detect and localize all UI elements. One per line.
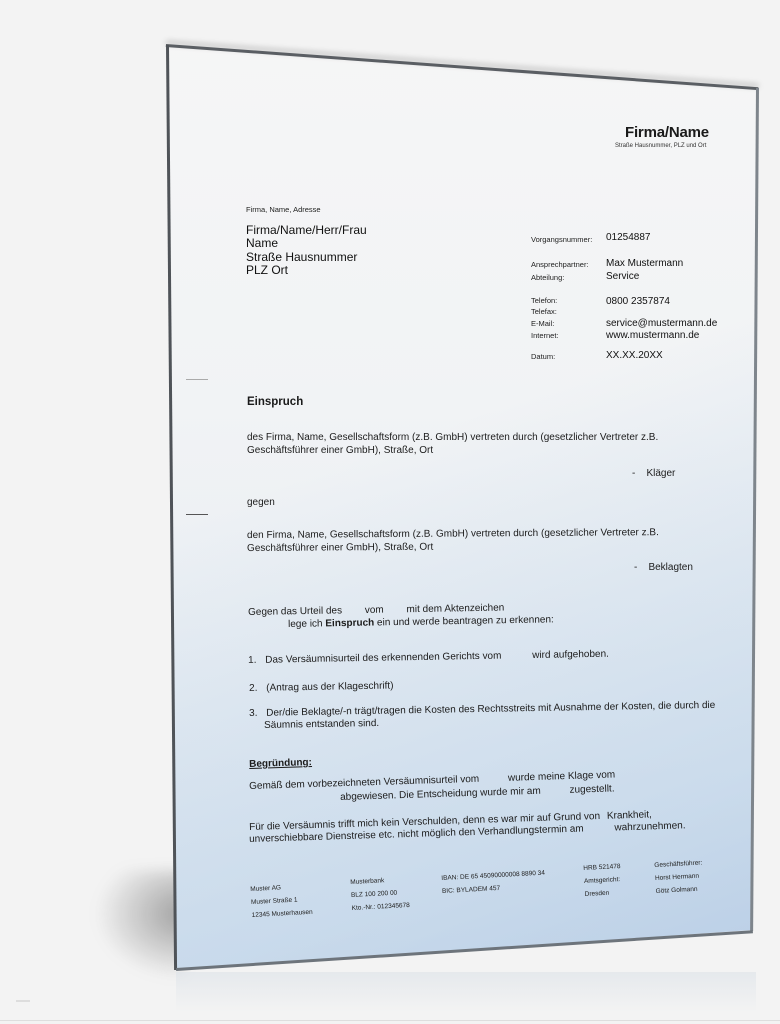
plaintiff-text: Geschäftsführer einer GmbH), Straße, Ort [247, 445, 433, 456]
info-label: Abteilung: [531, 273, 564, 282]
info-label: Internet: [531, 331, 559, 340]
info-label: E-Mail: [531, 319, 554, 328]
footer-register: HRB 521478 Amtsgericht: Dresden [583, 860, 622, 901]
defendant-text: den Firma, Name, Gesellschaftsform (z.B.… [247, 527, 659, 541]
item-continuation: Säumnis entstanden sind. [264, 718, 379, 731]
footer-text: Dresden [584, 886, 622, 901]
list-item: 3. Der/die Beklagte/-n trägt/tragen die … [249, 700, 715, 719]
reasoning-text: Krankheit, [607, 809, 652, 821]
judgment-emphasis: Einspruch [325, 617, 374, 629]
fold-mark [186, 379, 208, 380]
punch-mark [186, 514, 208, 515]
reasoning-heading: Begründung: [249, 757, 312, 770]
item-text: Das Versäumnisurteil des erkennenden Ger… [265, 651, 501, 666]
company-address: Straße Hausnummer, PLZ und Ort [615, 143, 706, 149]
plaintiff-role: - Kläger [632, 468, 675, 479]
footer-bank: Musterbank BLZ 100 200 00 Kto.-Nr.: 0123… [350, 873, 410, 915]
item-number: 1. [248, 655, 257, 666]
judgment-text: Gegen das Urteil des [248, 605, 342, 618]
list-item: 2. (Antrag aus der Klageschrift) [249, 680, 394, 694]
footer-text: Kto.-Nr.: 012345678 [351, 899, 410, 915]
footer-iban: IBAN: DE 65 45090000008 8890 34 BIC: BYL… [441, 867, 546, 898]
info-value: 0800 2357874 [606, 296, 670, 307]
info-label: Vorgangsnummer: [531, 235, 592, 244]
info-value: www.mustermann.de [606, 330, 699, 341]
info-label: Datum: [531, 352, 555, 361]
recipient-line-2: Name [246, 236, 278, 250]
judgment-text: lege ich [288, 618, 325, 630]
footer-text: Götz Golmann [655, 882, 704, 897]
plaintiff-text: des Firma, Name, Gesellschaftsform (z.B.… [247, 432, 658, 443]
defendant-role: - Beklagten [634, 562, 693, 573]
recipient-line-1: Firma/Name/Herr/Frau [246, 223, 367, 237]
info-value: Service [606, 271, 639, 282]
reasoning-text: wahrzunehmen. [614, 820, 685, 833]
item-text: wird aufgehoben. [532, 649, 609, 661]
item-number: 2. [249, 683, 258, 694]
against-label: gegen [247, 497, 275, 508]
info-value: Max Mustermann [606, 258, 683, 269]
footer-management: Geschäftsführer: Horst Hermann Götz Golm… [654, 856, 704, 897]
item-text: Der/die Beklagte/-n trägt/tragen die Kos… [266, 700, 715, 719]
company-name: Firma/Name [625, 124, 709, 141]
frame-line [0, 1020, 780, 1021]
info-label: Telefon: [531, 296, 557, 305]
recipient-line-4: PLZ Ort [246, 263, 288, 277]
judgment-line: lege ich Einspruch ein und werde beantra… [288, 614, 554, 630]
page-reflection [176, 972, 756, 1012]
reasoning-text: wurde meine Klage vom [508, 769, 616, 783]
defendant-text: Geschäftsführer einer GmbH), Straße, Ort [247, 542, 433, 554]
reasoning-text: abgewiesen. Die Entscheidung wurde mir a… [340, 786, 541, 803]
info-value: XX.XX.20XX [606, 350, 663, 361]
document-title: Einspruch [247, 396, 303, 408]
info-label: Telefax: [531, 307, 557, 316]
reasoning-text: zugestellt. [569, 783, 614, 795]
footer-company: Muster AG Muster Straße 1 12345 Musterha… [250, 880, 313, 922]
judgment-text: mit dem Aktenzeichen [406, 603, 504, 616]
judgment-text: vom [365, 605, 384, 616]
page-shadow [95, 870, 185, 980]
judgment-text: ein und werde beantragen zu erkennen: [374, 614, 554, 628]
info-value: service@mustermann.de [606, 318, 717, 329]
footer-text: 12345 Musterhausen [251, 906, 313, 922]
item-text: (Antrag aus der Klageschrift) [266, 680, 393, 693]
watermark-mark [16, 1000, 30, 1002]
footer-text: Amtsgericht: [584, 873, 622, 888]
sender-line: Firma, Name, Adresse [246, 205, 321, 214]
info-value: 01254887 [606, 232, 651, 243]
list-item: 1. Das Versäumnisurteil des erkennenden … [248, 649, 609, 666]
recipient-line-3: Straße Hausnummer [246, 250, 357, 264]
info-label: Ansprechpartner: [531, 260, 589, 269]
item-number: 3. [249, 708, 258, 719]
